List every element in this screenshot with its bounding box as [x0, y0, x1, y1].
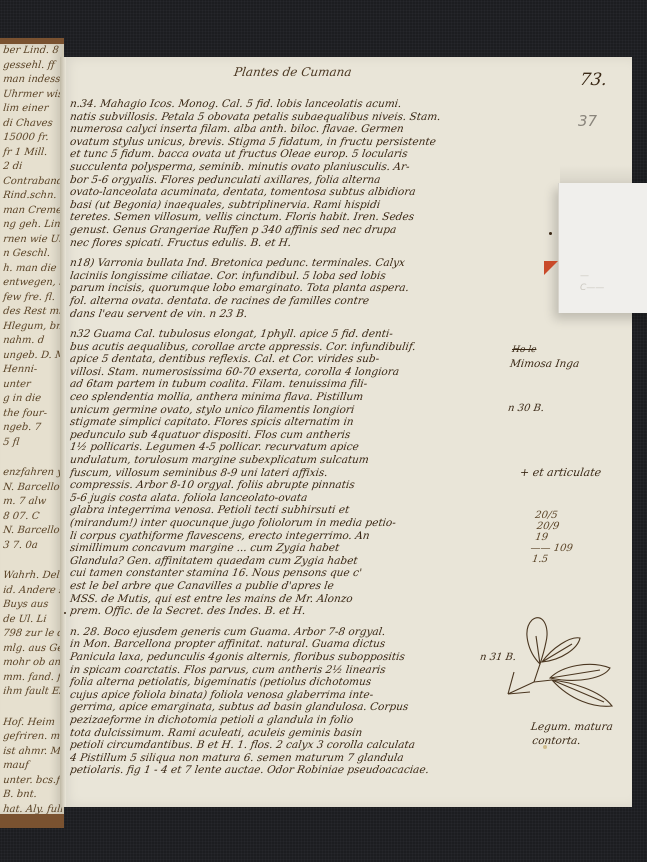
- left-page-line: ngeb. 7: [0, 421, 63, 436]
- left-page-line: 2 di: [0, 160, 63, 175]
- manuscript-line: nec flores spicati. Fructus edulis. B. e…: [69, 237, 541, 250]
- manuscript-line: prem. Offic. de la Secret. des Indes. B.…: [69, 605, 541, 618]
- manuscript-line: glabra integerrima venosa. Petioli tecti…: [69, 504, 541, 517]
- left-page-line: few fre. fl.: [0, 291, 63, 306]
- manuscript-line: unicum germine ovato, stylo unico filame…: [69, 404, 541, 417]
- manuscript-line: et tunc 5 fidum. bacca ovata ut fructus …: [69, 148, 541, 161]
- manuscript-body: n.34. Mahagio Icos. Monog. Cal. 5 fid. l…: [70, 98, 540, 777]
- left-page-line: the four-: [0, 407, 63, 422]
- left-page-line: id. Andere sp.: [0, 584, 63, 599]
- manuscript-line: n.34. Mahagio Icos. Monog. Cal. 5 fid. l…: [69, 98, 541, 111]
- left-page-line: N. Barcellona: [0, 524, 63, 539]
- left-page-line: ungeb. D. M.: [0, 349, 63, 364]
- manuscript-line: cujus apice foliola binata) foliola veno…: [69, 689, 541, 702]
- manuscript-line: fol. alterna ovata. dentata. de racines …: [69, 295, 541, 308]
- manuscript-line: fuscum, villosum seminibus 8-9 uni later…: [69, 467, 541, 480]
- manuscript-line: undulatum, torulosum margine subexplicat…: [69, 454, 541, 467]
- left-page-line: rnen wie Ul: [0, 233, 63, 248]
- left-page-line: de Ul. Li: [0, 613, 63, 628]
- left-page-line: [0, 450, 62, 466]
- left-page-line: mm. fand. fr: [0, 671, 63, 686]
- manuscript-line: laciniis longissime ciliatae. Cor. infun…: [69, 270, 541, 283]
- left-page-line: Henni-: [0, 363, 63, 378]
- left-page-line: Rind.schn.: [0, 189, 63, 204]
- left-page-line: B. bnt.: [0, 788, 63, 803]
- left-page-line: des Rest mit: [0, 305, 63, 320]
- left-page-line: Uhrmer wissen: [0, 88, 63, 103]
- left-page-line: nahm. d: [0, 334, 63, 349]
- manuscript-line: stigmate simplici capitato. Flores spici…: [69, 416, 541, 429]
- margin-calculation: 20/5 20/9 19 —— 109 1.5: [528, 510, 578, 565]
- ink-spot: [549, 232, 552, 235]
- manuscript-line: parum incisis, quorumque lobo emarginato…: [69, 282, 541, 295]
- manuscript-line: li corpus cyathiforme flavescens, erecto…: [69, 530, 541, 543]
- left-page-line: Hof. Heim: [0, 716, 63, 731]
- manuscript-line: bor 5-6 orgyalis. Flores pedunculati axi…: [69, 174, 541, 187]
- left-page-line: 15000 fr.: [0, 131, 63, 146]
- manuscript-line: 5-6 jugis costa alata. foliola lanceolat…: [69, 492, 541, 505]
- left-page-line: 3 7. 0a: [0, 539, 63, 554]
- manuscript-line: Panicula laxa, pedunculis 4gonis alterni…: [69, 651, 541, 664]
- left-page-line: fr 1 Mill.: [0, 146, 63, 161]
- margin-note-mimosa: Mimosa Inga: [509, 358, 580, 370]
- ink-spot: [64, 612, 66, 614]
- left-page-line: 5 fl: [0, 436, 63, 451]
- left-page-line: Wahrh. Dell: [0, 569, 63, 584]
- margin-note-legumen: Legum. matura contorta.: [528, 720, 614, 748]
- left-page-line: enzfahren ye: [0, 466, 63, 481]
- manuscript-line: ovato-lanceolata acuminata, dentata, tom…: [69, 186, 541, 199]
- left-page-line: Contrabande: [0, 175, 63, 190]
- manuscript-line: succulenta polysperma, seminib. minutis …: [69, 161, 541, 174]
- left-page-line: gefriren. mm: [0, 730, 63, 745]
- left-facing-page: ber Lind. 8gessehl. ffman indessenUhrmer…: [0, 44, 64, 814]
- page-gutter: [60, 57, 66, 807]
- manuscript-line: pedunculo sub 4quatuor dispositi. Flos c…: [69, 429, 541, 442]
- left-page-line: ist ahmr. Mur. dt: [0, 745, 63, 760]
- slip-shadow: [560, 165, 647, 185]
- manuscript-line: natis subvillosis. Petala 5 obovata peta…: [69, 111, 541, 124]
- manuscript-line: compressis. Arbor 8-10 orgyal. foliis ab…: [69, 479, 541, 492]
- left-page-line: h. man die: [0, 262, 63, 277]
- manuscript-line: in Mon. Barcellona propter affinitat. na…: [69, 638, 541, 651]
- manuscript-line: simillimum concavum margine ... cum Zygi…: [69, 542, 541, 555]
- left-page-line: unter: [0, 378, 63, 393]
- left-page-line: [0, 700, 62, 716]
- manuscript-line: gerrima, apice emarginata, subtus ad bas…: [69, 701, 541, 714]
- manuscript-line: ovatum stylus unicus, brevis. Stigma 5 f…: [69, 136, 541, 149]
- left-page-line: mohr ob an: [0, 656, 63, 671]
- manuscript-line: dans l'eau servent de vin. n 23 B.: [69, 308, 541, 321]
- manuscript-line: est le bel arbre que Canavilles a publie…: [69, 580, 541, 593]
- left-page-line: gessehl. ff: [0, 59, 63, 74]
- left-page-line: ihm fault Esk.: [0, 685, 63, 700]
- manuscript-line: in spicam coarctatis. Flos parvus, cum a…: [69, 664, 541, 677]
- left-page-line: 798 zur le des: [0, 627, 63, 642]
- archive-number: 37: [578, 112, 597, 130]
- foxing-spot: [543, 745, 547, 749]
- manuscript-line: Glandula? Gen. affinitatem quaedam cum Z…: [69, 555, 541, 568]
- manuscript-line: numerosa calyci inserta filam. alba anth…: [69, 123, 541, 136]
- manuscript-line: basi (ut Begonia) inaequales, subtriplin…: [69, 199, 541, 212]
- manuscript-line: (mirandum!) inter quocunque jugo foliolo…: [69, 517, 541, 530]
- left-page-line: 8 07. C: [0, 510, 63, 525]
- left-page-line: di Chaves: [0, 117, 63, 132]
- manuscript-line: folia alterna petiolatis, bigeminatis (p…: [69, 676, 541, 689]
- leaf-sketch-icon: [500, 612, 620, 712]
- left-page-line: n Geschl.: [0, 247, 63, 262]
- manuscript-line: teretes. Semen villosum, vellis cinctum.…: [69, 211, 541, 224]
- left-page-line: mauf: [0, 759, 63, 774]
- manuscript-line: cui tamen constanter stamina 16. Nous pe…: [69, 567, 541, 580]
- manuscript-line: apice 5 dentata, dentibus reflexis. Cal.…: [69, 353, 541, 366]
- left-page-line: unter. bcs.f: [0, 774, 63, 789]
- manuscript-line: ceo splendentia mollia, anthera minima f…: [69, 391, 541, 404]
- manuscript-line: bus acutis aequalibus, corollae arcte ap…: [69, 341, 541, 354]
- left-page-line: Hlegum, bm.: [0, 320, 63, 335]
- left-page-line: [0, 553, 62, 569]
- left-page-line: N. Barcellona: [0, 481, 63, 496]
- margin-note-articulate: + et articulate: [519, 466, 602, 479]
- manuscript-line: villosi. Stam. numerosissima 60-70 exser…: [69, 366, 541, 379]
- left-page-line: hat. Aly. full: [0, 803, 63, 815]
- left-page-line: Buys aus: [0, 598, 63, 613]
- red-paper-tab: [544, 261, 558, 275]
- left-page-line: lim einer: [0, 102, 63, 117]
- left-page-line: ng geh. Linse: [0, 218, 63, 233]
- manuscript-line: 1½ pollicaris. Legumen 4-5 pollicar. rec…: [69, 441, 541, 454]
- manuscript-line: n32 Guama Cal. tubulosus elongat, 1phyll…: [69, 328, 541, 341]
- manuscript-line: pezizaeforme in dichotomia petioli a gla…: [69, 714, 541, 727]
- margin-note-struck: Ho le: [511, 345, 537, 355]
- manuscript-line: n18) Varronia bullata Ind. Bretonica ped…: [69, 257, 541, 270]
- left-page-line: man indessen: [0, 73, 63, 88]
- left-page-line: mlg. aus Genf: [0, 642, 63, 657]
- manuscript-line: petioli circumdantibus. B et H. 1. flos.…: [69, 739, 541, 752]
- manuscript-line: genust. Genus Grangeriae Ruffen p 340 af…: [69, 224, 541, 237]
- slip-faint-text: — C——: [580, 270, 604, 294]
- left-page-line: man Cremen: [0, 204, 63, 219]
- left-page-line: m. 7 alw: [0, 495, 63, 510]
- left-page-line: entwegen, ihr: [0, 276, 63, 291]
- folio-number: 73.: [579, 70, 609, 90]
- manuscript-line: MSS. de Mutis, qui est entre les mains d…: [69, 593, 541, 606]
- manuscript-line: ad 6tam partem in tubum coalita. Filam. …: [69, 378, 541, 391]
- left-page-line: g in die: [0, 392, 63, 407]
- manuscript-line: petiolaris. fig 1 - 4 et 7 lente auctae.…: [69, 764, 541, 777]
- left-page-line: ber Lind. 8: [0, 44, 63, 59]
- margin-note-n30: n 30 B.: [507, 403, 545, 414]
- manuscript-line: n. 28. Boco ejusdem generis cum Guama. A…: [69, 626, 541, 639]
- manuscript-line: tota dulcissimum. Rami aculeati, aculeis…: [69, 727, 541, 740]
- manuscript-line: 4 Pistillum 5 siliqua non matura 6. seme…: [69, 752, 541, 765]
- page-header: Plantes de Cumana: [233, 65, 353, 79]
